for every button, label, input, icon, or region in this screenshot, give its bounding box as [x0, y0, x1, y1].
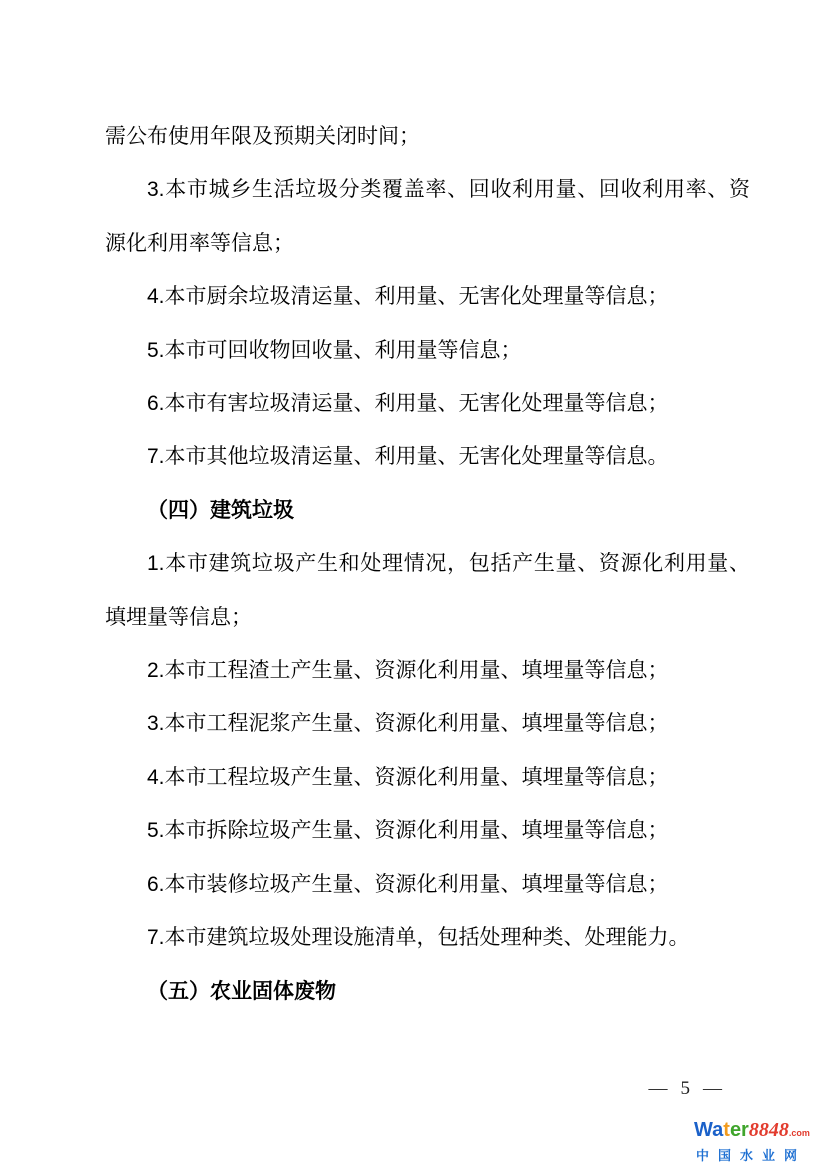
doc-line: 3.本市城乡生活垃圾分类覆盖率、回收利用量、回收利用率、资	[105, 163, 750, 216]
doc-line: 填埋量等信息；	[105, 591, 750, 644]
document-page: 需公布使用年限及预期关闭时间； 3.本市城乡生活垃圾分类覆盖率、回收利用量、回收…	[0, 0, 826, 1169]
logo-segment-wa: Wa	[694, 1119, 723, 1141]
page-number: 5	[681, 1078, 691, 1100]
footer-dash-left: —	[649, 1078, 668, 1100]
doc-line: 4.本市工程垃圾产生量、资源化利用量、填埋量等信息；	[105, 751, 750, 804]
logo-wordmark: Water8848.com	[694, 1119, 822, 1144]
doc-line: 7.本市其他垃圾清运量、利用量、无害化处理量等信息。	[105, 430, 750, 483]
logo-segment-8848: 8848	[749, 1119, 789, 1141]
doc-line: 6.本市装修垃圾产生量、资源化利用量、填埋量等信息；	[105, 858, 750, 911]
logo-segment-er: er	[730, 1119, 749, 1141]
doc-line: 5.本市拆除垃圾产生量、资源化利用量、填埋量等信息；	[105, 804, 750, 857]
water8848-logo[interactable]: Water8848.com 中国水业网	[694, 1119, 822, 1164]
page-footer: — 5 —	[649, 1078, 723, 1100]
document-body: 需公布使用年限及预期关闭时间； 3.本市城乡生活垃圾分类覆盖率、回收利用量、回收…	[105, 110, 750, 1018]
doc-line: 2.本市工程渣土产生量、资源化利用量、填埋量等信息；	[105, 644, 750, 697]
section-heading: （四）建筑垃圾	[105, 484, 750, 537]
section-heading: （五）农业固体废物	[105, 965, 750, 1018]
logo-segment-t: t	[723, 1119, 730, 1141]
footer-dash-right: —	[703, 1078, 722, 1100]
doc-line: 7.本市建筑垃圾处理设施清单，包括处理种类、处理能力。	[105, 911, 750, 964]
doc-line: 3.本市工程泥浆产生量、资源化利用量、填埋量等信息；	[105, 697, 750, 750]
logo-segment-com: .com	[789, 1128, 810, 1138]
doc-line: 6.本市有害垃圾清运量、利用量、无害化处理量等信息；	[105, 377, 750, 430]
doc-line: 5.本市可回收物回收量、利用量等信息；	[105, 324, 750, 377]
doc-line: 4.本市厨余垃圾清运量、利用量、无害化处理量等信息；	[105, 270, 750, 323]
doc-line: 源化利用率等信息；	[105, 217, 750, 270]
doc-line: 1.本市建筑垃圾产生和处理情况，包括产生量、资源化利用量、	[105, 537, 750, 590]
logo-subtitle: 中国水业网	[694, 1145, 826, 1164]
doc-line: 需公布使用年限及预期关闭时间；	[105, 110, 750, 163]
